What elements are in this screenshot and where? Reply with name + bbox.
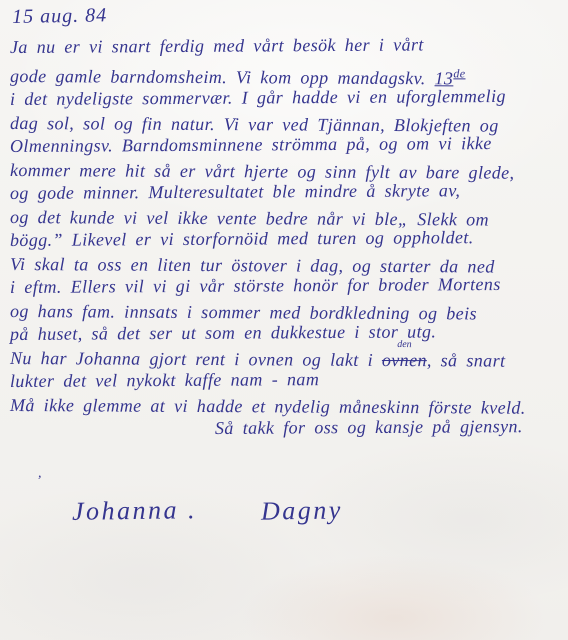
letter-line: Olmenningsv. Barndomsminnene strömma på,… <box>10 132 562 159</box>
letter-text-segment: og hans fam. innsats i sommer med bordkl… <box>10 301 477 323</box>
ink-speck: , <box>38 466 42 482</box>
signature-dagny: Dagny <box>261 495 343 526</box>
signature-johanna: Johanna . <box>72 495 197 527</box>
letter-text-segment: bögg.” Likevel er vi storfornöid med tur… <box>10 227 474 250</box>
letter-text-segment: i det nydeligste sommervær. I går hadde … <box>10 86 506 109</box>
letter-line: i eftm. Ellers vil vi gi vår störste hon… <box>10 273 562 300</box>
letter-line: og gode minner. Multeresultatet ble mind… <box>10 179 562 206</box>
letter-line: i det nydeligste sommervær. I går hadde … <box>10 85 562 112</box>
letter-text-segment: gode gamle barndomsheim. Vi kom opp mand… <box>10 66 435 88</box>
letter-text-segment: de <box>453 66 465 80</box>
letter-line: lukter det vel nykokt kaffe nam - nam <box>10 367 562 394</box>
letter-text-segment: Ja nu er vi snart ferdig med vårt besök … <box>10 34 424 57</box>
letter-line: Så takk for oss og kansje på gjensyn. <box>215 415 562 441</box>
letter-text-segment: lukter det vel nykokt kaffe nam - nam <box>10 369 319 391</box>
letter-line: Ja nu er vi snart ferdig med vårt besök … <box>10 33 562 60</box>
letter-text-segment: Så takk for oss og kansje på gjensyn. <box>215 416 523 438</box>
letter-paper: 15 aug. 84 Ja nu er vi snart ferdig med … <box>0 0 568 640</box>
letter-body: Ja nu er vi snart ferdig med vårt besök … <box>10 36 562 441</box>
letter-text-segment: Må ikke glemme at vi hadde et nydelig må… <box>10 395 526 418</box>
letter-date: 15 aug. 84 <box>12 4 107 29</box>
signature-row: Johanna .Dagny <box>0 496 568 526</box>
letter-text-segment: Nu har Johanna gjort rent i ovnen og lak… <box>10 348 382 370</box>
letter-text-segment: og gode minner. Multeresultatet ble mind… <box>10 180 460 203</box>
letter-text-segment: på huset, så det ser ut som en dukkestue… <box>10 321 436 344</box>
letter-line: på huset, så det ser ut som en dukkestue… <box>10 320 562 347</box>
letter-text-segment: i eftm. Ellers vil vi gi vår störste hon… <box>10 274 501 297</box>
inline-correction: den <box>397 340 412 350</box>
letter-line: bögg.” Likevel er vi storfornöid med tur… <box>10 226 562 253</box>
letter-text-segment: Olmenningsv. Barndomsminnene strömma på,… <box>10 133 492 156</box>
